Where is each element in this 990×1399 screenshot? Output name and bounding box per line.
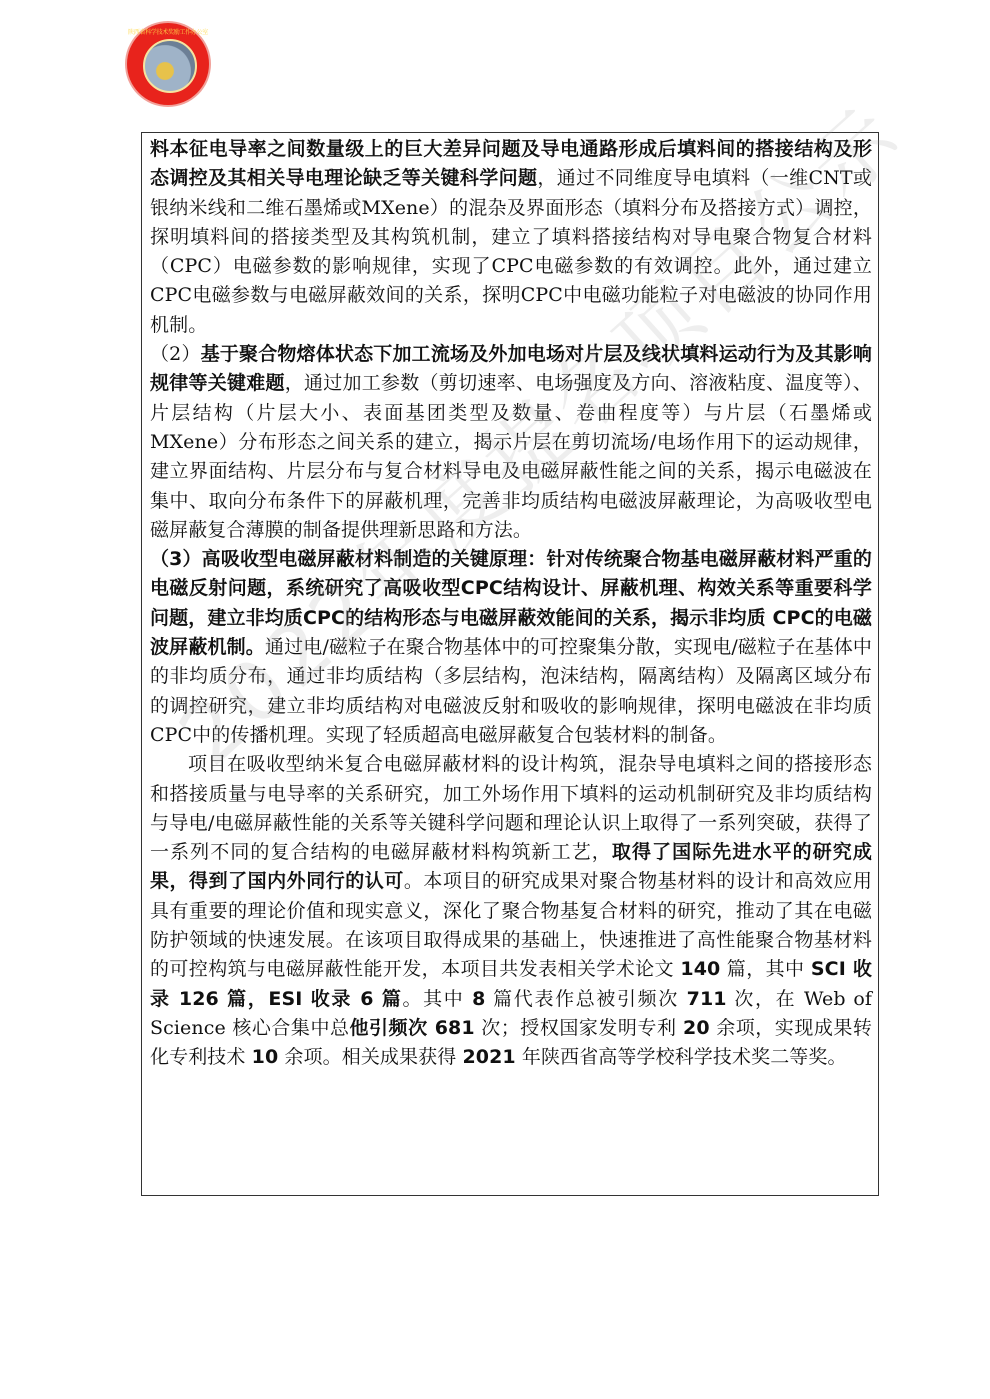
item-number-2: （2） bbox=[150, 343, 201, 365]
paragraph-1-text: ，通过不同维度导电填料（一维CNT或银纳米线和二维石墨烯或MXene）的混杂及界… bbox=[150, 167, 872, 335]
paragraph-3: （3）高吸收型电磁屏蔽材料制造的关键原理：针对传统聚合物基电磁屏蔽材料严重的电磁… bbox=[150, 545, 872, 750]
representative-paper-count: 8 bbox=[472, 988, 485, 1010]
paragraph-1: 料本征电导率之间数量级上的巨大差异问题及导电通路形成后填料间的搭接结构及形态调控… bbox=[150, 135, 872, 340]
award-year: 2021 bbox=[462, 1046, 515, 1068]
paragraph-2-text: ，通过加工参数（剪切速率、电场强度及方向、溶液粘度、温度等）、片层结构（片层大小… bbox=[150, 372, 872, 540]
citation-count: 711 bbox=[687, 988, 727, 1010]
logo-ring-text: 陕西省科学技术奖励工作办公室 bbox=[127, 27, 209, 36]
organization-logo: 陕西省科学技术奖励工作办公室 bbox=[127, 23, 209, 105]
summary-text: 余项。相关成果获得 bbox=[278, 1046, 462, 1068]
document-body: 料本征电导率之间数量级上的巨大差异问题及导电通路形成后填料间的搭接结构及形态调控… bbox=[150, 135, 872, 1073]
other-citation-count: 他引频次 681 bbox=[350, 1017, 475, 1039]
summary-text: 。其中 bbox=[403, 988, 473, 1010]
seal-emblem-icon bbox=[143, 39, 197, 93]
paragraph-summary: 项目在吸收型纳米复合电磁屏蔽材料的设计构筑，混杂导电填料之间的搭接形态和搭接质量… bbox=[150, 750, 872, 1072]
summary-text: 篇代表作总被引频次 bbox=[485, 988, 686, 1010]
paper-count: 140 bbox=[680, 958, 720, 980]
paragraph-2: （2）基于聚合物熔体状态下加工流场及外加电场对片层及线状填料运动行为及其影响规律… bbox=[150, 340, 872, 545]
transferred-patent-count: 10 bbox=[252, 1046, 279, 1068]
summary-text: 年陕西省高等学校科学技术奖二等奖。 bbox=[516, 1046, 847, 1068]
patent-count: 20 bbox=[683, 1017, 710, 1039]
summary-text: 次；授权国家发明专利 bbox=[475, 1017, 683, 1039]
summary-text: 篇，其中 bbox=[720, 958, 811, 980]
